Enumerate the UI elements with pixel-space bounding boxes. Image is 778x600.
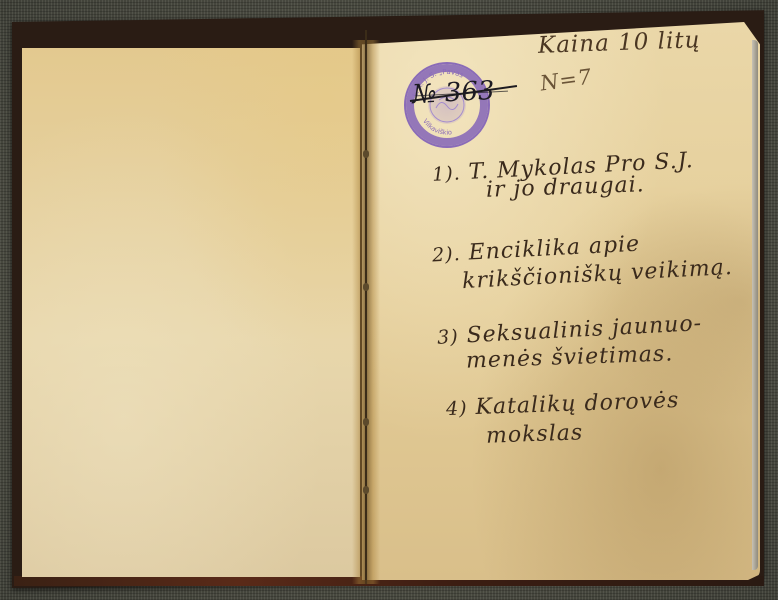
binding-stitch — [363, 150, 369, 158]
item-number: 3) — [437, 326, 460, 349]
item-number: 2). — [432, 243, 462, 266]
gutter-crease — [365, 30, 367, 580]
item-number: 1). — [432, 162, 462, 185]
binding-stitch — [363, 283, 369, 291]
page-block-edge — [752, 40, 758, 570]
contents-item-4-cont: mokslas — [486, 420, 584, 448]
binding-stitch — [363, 486, 369, 494]
item-number: 4) — [446, 397, 468, 420]
binding-stitch — [363, 418, 369, 426]
left-endpaper — [22, 48, 360, 577]
